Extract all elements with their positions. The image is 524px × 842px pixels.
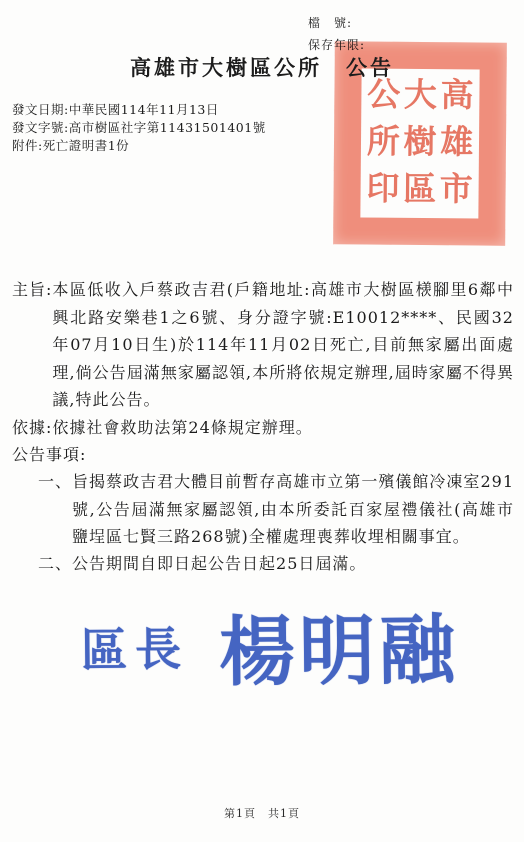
page-number-footer: 第1頁 共1頁 xyxy=(0,805,524,821)
item-1-text: 旨揭蔡政吉君大體目前暫存高雄市立第一殯儀館冷凍室291號,公告屆滿無家屬認領,由… xyxy=(72,468,514,551)
subject-text: 本區低收入戶蔡政吉君(戶籍地址:高雄市大樹區檨腳里6鄰中興北路安樂巷1之6號、身… xyxy=(52,276,514,414)
seal-column-left: 公所印 xyxy=(365,72,401,215)
signature-title: 區長 xyxy=(81,613,190,680)
seal-column-middle: 大樹區 xyxy=(402,72,438,215)
basis-label: 依據: xyxy=(12,414,52,442)
announcement-item-2: 二、 公告期間自即日起公告日起25日屆滿。 xyxy=(38,550,514,578)
item-2-number: 二、 xyxy=(38,550,72,578)
announcement-item-1: 一、 旨揭蔡政吉君大體目前暫存高雄市立第一殯儀館冷凍室291號,公告屆滿無家屬認… xyxy=(38,468,514,551)
announcement-document-page: 檔 號: 保存年限: 高雄市大樹區公所 公告 高雄市 大樹區 公所印 發文日期:… xyxy=(0,0,524,842)
subject-paragraph: 主旨: 本區低收入戶蔡政吉君(戶籍地址:高雄市大樹區檨腳里6鄰中興北路安樂巷1之… xyxy=(12,276,514,414)
item-1-number: 一、 xyxy=(38,468,72,551)
items-heading-label: 公告事項: xyxy=(12,441,86,469)
subject-label: 主旨: xyxy=(12,276,52,414)
basis-text: 依據社會救助法第24條規定辦理。 xyxy=(52,414,514,442)
announcement-items-heading: 公告事項: xyxy=(12,441,514,469)
official-seal-text-area: 高雄市 大樹區 公所印 xyxy=(360,68,479,218)
document-meta-block: 發文日期:中華民國114年11月13日 發文字號:高市樹區社字第11431501… xyxy=(12,101,266,155)
document-number-line: 發文字號:高市樹區社字第11431501401號 xyxy=(12,119,266,137)
issue-date-line: 發文日期:中華民國114年11月13日 xyxy=(12,101,266,119)
item-2-text: 公告期間自即日起公告日起25日屆滿。 xyxy=(72,550,514,578)
legal-basis-paragraph: 依據: 依據社會救助法第24條規定辦理。 xyxy=(12,414,514,442)
magistrate-signature-stamp: 區長 楊明融 xyxy=(59,588,480,702)
attachment-line: 附件:死亡證明書1份 xyxy=(12,137,266,155)
document-title: 高雄市大樹區公所 公告 xyxy=(0,52,524,82)
seal-column-right: 高雄市 xyxy=(439,72,475,215)
signature-name: 楊明融 xyxy=(218,589,459,701)
file-number-label: 檔 號: xyxy=(308,12,365,34)
